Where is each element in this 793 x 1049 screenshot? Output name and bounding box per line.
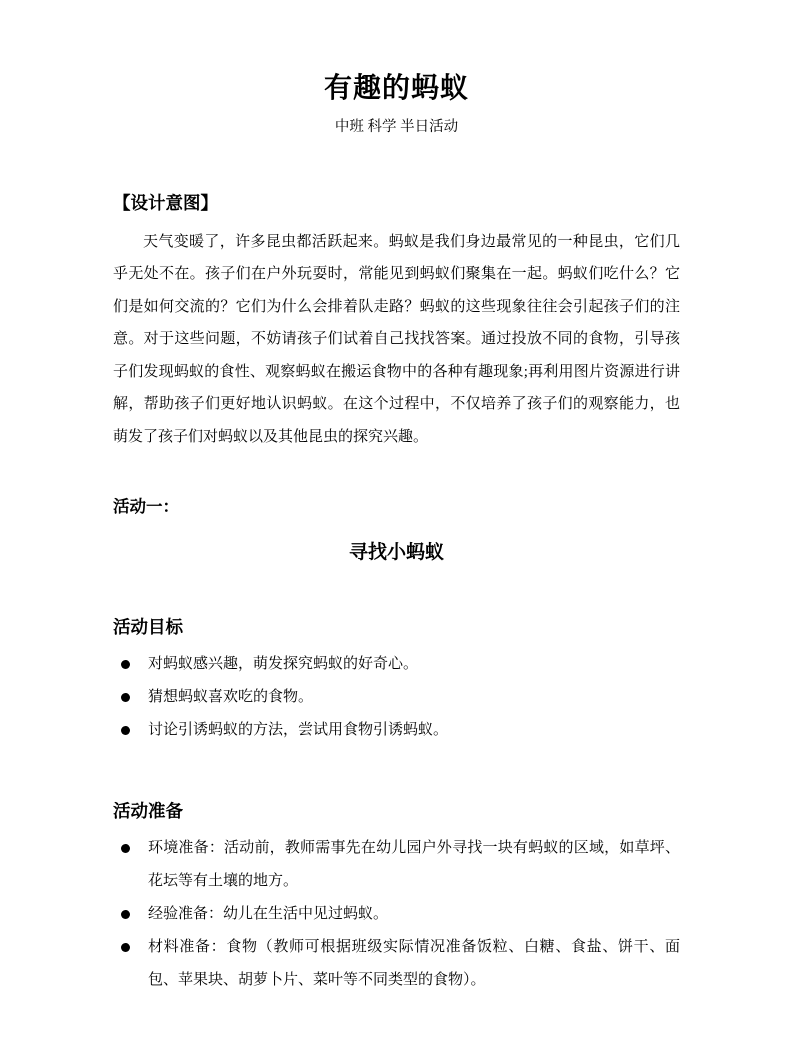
bullet-icon bbox=[121, 910, 130, 919]
document-title: 有趣的蚂蚁 bbox=[113, 0, 680, 106]
design-intent-heading: 【设计意图】 bbox=[113, 193, 680, 215]
list-item-text: 对蚂蚁感兴趣，萌发探究蚂蚁的好奇心。 bbox=[148, 656, 418, 672]
bullet-icon bbox=[121, 943, 130, 952]
activity-goals-heading: 活动目标 bbox=[113, 617, 680, 639]
list-item: 讨论引诱蚂蚁的方法，尝试用食物引诱蚂蚁。 bbox=[113, 714, 680, 747]
activity-goals-list: 对蚂蚁感兴趣，萌发探究蚂蚁的好奇心。 猜想蚂蚁喜欢吃的食物。 讨论引诱蚂蚁的方法… bbox=[113, 648, 680, 747]
list-item-text: 经验准备：幼儿在生活中见过蚂蚁。 bbox=[148, 906, 388, 922]
activity-one-label: 活动一： bbox=[113, 497, 680, 518]
list-item-text: 猜想蚂蚁喜欢吃的食物。 bbox=[148, 689, 313, 705]
document-content: 有趣的蚂蚁 中班 科学 半日活动 【设计意图】 天气变暖了，许多昆虫都活跃起来。… bbox=[0, 0, 793, 997]
list-item: 材料准备：食物（教师可根据班级实际情况准备饭粒、白糖、食盐、饼干、面包、苹果块、… bbox=[113, 931, 680, 997]
bullet-icon bbox=[121, 844, 130, 853]
document-page: 有趣的蚂蚁 中班 科学 半日活动 【设计意图】 天气变暖了，许多昆虫都活跃起来。… bbox=[0, 0, 793, 1049]
list-item-text: 环境准备：活动前，教师需事先在幼儿园户外寻找一块有蚂蚁的区域，如草坪、花坛等有土… bbox=[148, 840, 680, 889]
list-item: 猜想蚂蚁喜欢吃的食物。 bbox=[113, 681, 680, 714]
bullet-icon bbox=[121, 726, 130, 735]
list-item: 对蚂蚁感兴趣，萌发探究蚂蚁的好奇心。 bbox=[113, 648, 680, 681]
list-item: 经验准备：幼儿在生活中见过蚂蚁。 bbox=[113, 898, 680, 931]
list-item: 环境准备：活动前，教师需事先在幼儿园户外寻找一块有蚂蚁的区域，如草坪、花坛等有土… bbox=[113, 832, 680, 898]
list-item-text: 讨论引诱蚂蚁的方法，尝试用食物引诱蚂蚁。 bbox=[148, 722, 448, 738]
document-subtitle: 中班 科学 半日活动 bbox=[113, 119, 680, 136]
activity-preparation-heading: 活动准备 bbox=[113, 801, 680, 823]
activity-preparation-list: 环境准备：活动前，教师需事先在幼儿园户外寻找一块有蚂蚁的区域，如草坪、花坛等有土… bbox=[113, 832, 680, 997]
design-intent-paragraph: 天气变暖了，许多昆虫都活跃起来。蚂蚁是我们身边最常见的一种昆虫，它们几乎无处不在… bbox=[113, 226, 680, 454]
bullet-icon bbox=[121, 660, 130, 669]
activity-one-title: 寻找小蚂蚁 bbox=[113, 542, 680, 565]
bullet-icon bbox=[121, 693, 130, 702]
list-item-text: 材料准备：食物（教师可根据班级实际情况准备饭粒、白糖、食盐、饼干、面包、苹果块、… bbox=[148, 939, 680, 988]
